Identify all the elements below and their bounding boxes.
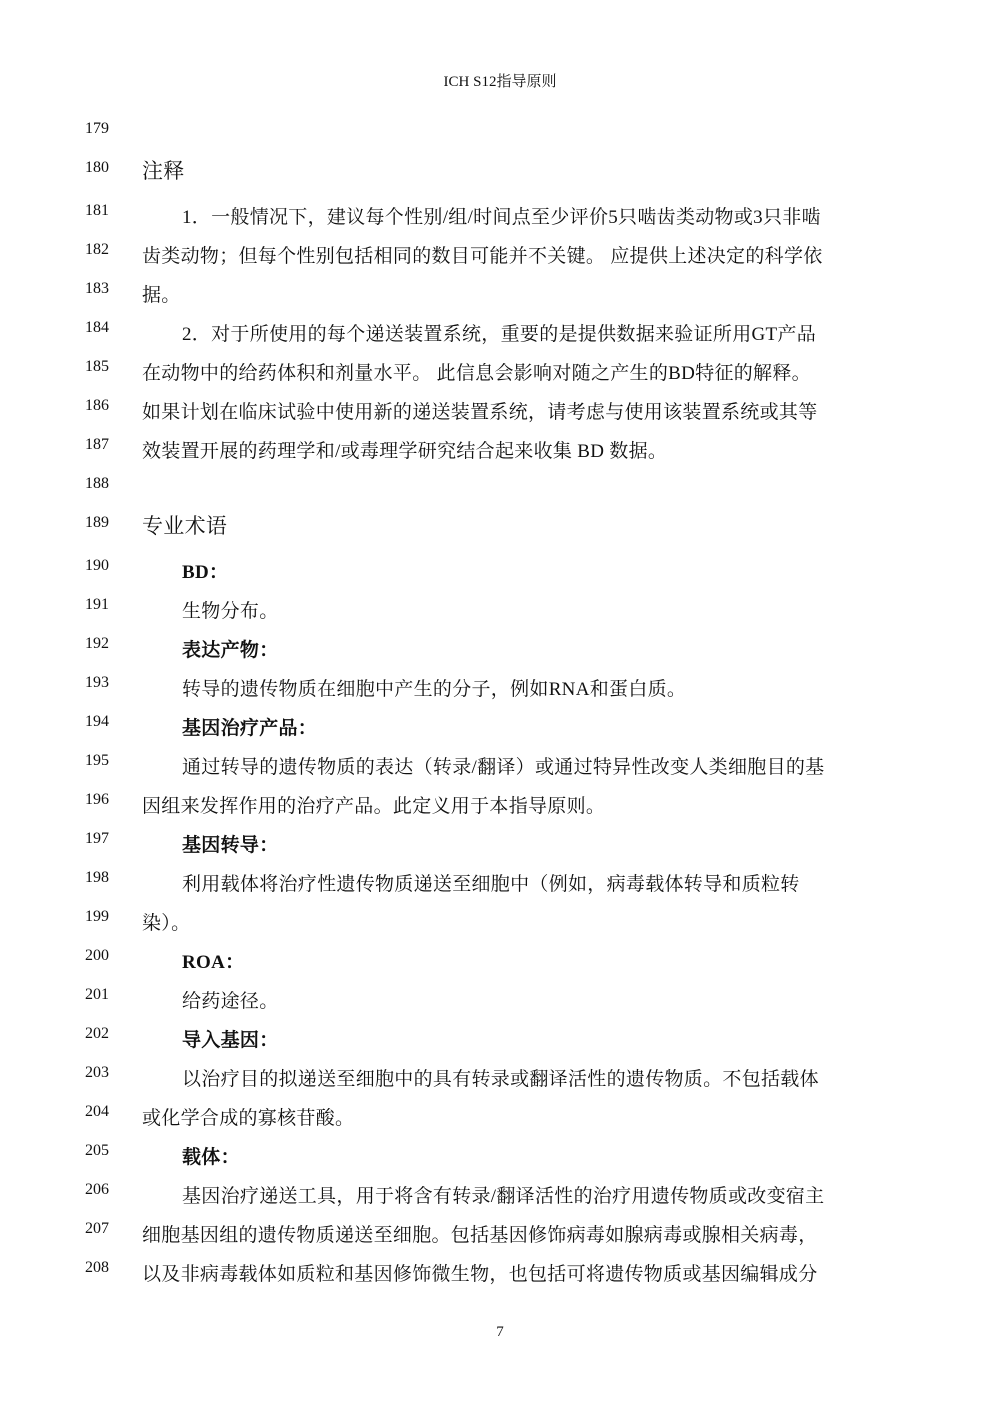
document-line: 190BD： bbox=[0, 557, 1000, 596]
line-number: 184 bbox=[85, 319, 125, 337]
line-number: 206 bbox=[85, 1181, 125, 1199]
line-number: 179 bbox=[85, 120, 125, 138]
document-line: 1842．对于所使用的每个递送装置系统，重要的是提供数据来验证所用GT产品 bbox=[0, 319, 1000, 358]
glossary-term: 导入基因： bbox=[182, 1025, 279, 1052]
line-number: 185 bbox=[85, 358, 125, 376]
line-text: 生物分布。 bbox=[182, 596, 279, 623]
glossary-term: 基因转导： bbox=[182, 830, 279, 857]
line-text: 如果计划在临床试验中使用新的递送装置系统，请考虑与使用该装置系统或其等 bbox=[142, 397, 818, 424]
line-text: 细胞基因组的遗传物质递送至细胞。包括基因修饰病毒如腺病毒或腺相关病毒， bbox=[142, 1220, 818, 1247]
line-number: 196 bbox=[85, 791, 125, 809]
line-text: 以治疗目的拟递送至细胞中的具有转录或翻译活性的遗传物质。不包括载体 bbox=[182, 1064, 819, 1091]
document-line: 185在动物中的给药体积和剂量水平。 此信息会影响对随之产生的BD特征的解释。 bbox=[0, 358, 1000, 397]
line-number: 180 bbox=[85, 159, 125, 177]
line-number: 202 bbox=[85, 1025, 125, 1043]
line-number: 187 bbox=[85, 436, 125, 454]
document-line: 206基因治疗递送工具，用于将含有转录/翻译活性的治疗用遗传物质或改变宿主 bbox=[0, 1181, 1000, 1220]
line-number: 186 bbox=[85, 397, 125, 415]
document-line: 191生物分布。 bbox=[0, 596, 1000, 635]
document-line: 200ROA： bbox=[0, 947, 1000, 986]
line-text: 给药途径。 bbox=[182, 986, 279, 1013]
document-line: 204或化学合成的寡核苷酸。 bbox=[0, 1103, 1000, 1142]
document-line: 187效装置开展的药理学和/或毒理学研究结合起来收集 BD 数据。 bbox=[0, 436, 1000, 475]
line-text: 通过转导的遗传物质的表达（转录/翻译）或通过特异性改变人类细胞目的基 bbox=[182, 752, 824, 779]
document-line: 192表达产物： bbox=[0, 635, 1000, 674]
line-number: 181 bbox=[85, 202, 125, 220]
line-number: 192 bbox=[85, 635, 125, 653]
line-number: 182 bbox=[85, 241, 125, 259]
document-line: 202导入基因： bbox=[0, 1025, 1000, 1064]
section-heading: 专业术语 bbox=[142, 510, 227, 540]
document-line: 189专业术语 bbox=[0, 514, 1000, 553]
glossary-term: BD： bbox=[182, 557, 228, 584]
line-number: 188 bbox=[85, 475, 125, 493]
line-number: 183 bbox=[85, 280, 125, 298]
line-number: 193 bbox=[85, 674, 125, 692]
document-line: 183据。 bbox=[0, 280, 1000, 319]
document-line: 198利用载体将治疗性遗传物质递送至细胞中（例如，病毒载体转导和质粒转 bbox=[0, 869, 1000, 908]
document-line: 203以治疗目的拟递送至细胞中的具有转录或翻译活性的遗传物质。不包括载体 bbox=[0, 1064, 1000, 1103]
line-number: 200 bbox=[85, 947, 125, 965]
document-line: 205载体： bbox=[0, 1142, 1000, 1181]
line-number: 189 bbox=[85, 514, 125, 532]
line-number: 194 bbox=[85, 713, 125, 731]
glossary-term: 表达产物： bbox=[182, 635, 279, 662]
line-text: 转导的遗传物质在细胞中产生的分子，例如RNA和蛋白质。 bbox=[182, 674, 686, 701]
line-number: 195 bbox=[85, 752, 125, 770]
line-text: 以及非病毒载体如质粒和基因修饰微生物，也包括可将遗传物质或基因编辑成分 bbox=[142, 1259, 818, 1286]
document-line: 197基因转导： bbox=[0, 830, 1000, 869]
glossary-term: 载体： bbox=[182, 1142, 240, 1169]
line-number: 190 bbox=[85, 557, 125, 575]
document-line: 201给药途径。 bbox=[0, 986, 1000, 1025]
line-text: 2．对于所使用的每个递送装置系统，重要的是提供数据来验证所用GT产品 bbox=[182, 319, 816, 346]
line-number: 191 bbox=[85, 596, 125, 614]
glossary-term: ROA： bbox=[182, 947, 244, 974]
document-line: 199染）。 bbox=[0, 908, 1000, 947]
document-line: 188 bbox=[0, 475, 1000, 514]
line-number: 208 bbox=[85, 1259, 125, 1277]
document-line: 180注释 bbox=[0, 159, 1000, 198]
line-text: 效装置开展的药理学和/或毒理学研究结合起来收集 BD 数据。 bbox=[142, 436, 667, 463]
line-number: 198 bbox=[85, 869, 125, 887]
page-number: 7 bbox=[0, 1324, 1000, 1341]
line-number: 197 bbox=[85, 830, 125, 848]
document-line: 186如果计划在临床试验中使用新的递送装置系统，请考虑与使用该装置系统或其等 bbox=[0, 397, 1000, 436]
line-number: 205 bbox=[85, 1142, 125, 1160]
glossary-term: 基因治疗产品： bbox=[182, 713, 317, 740]
line-text: 染）。 bbox=[142, 908, 190, 935]
document-line: 196因组来发挥作用的治疗产品。此定义用于本指导原则。 bbox=[0, 791, 1000, 830]
running-header: ICH S12指导原则 bbox=[0, 70, 1000, 91]
line-text: 齿类动物；但每个性别包括相同的数目可能并不关键。 应提供上述决定的科学依 bbox=[142, 241, 823, 268]
document-line: 195通过转导的遗传物质的表达（转录/翻译）或通过特异性改变人类细胞目的基 bbox=[0, 752, 1000, 791]
document-line: 179 bbox=[0, 120, 1000, 159]
section-heading: 注释 bbox=[142, 155, 185, 185]
document-line: 208以及非病毒载体如质粒和基因修饰微生物，也包括可将遗传物质或基因编辑成分 bbox=[0, 1259, 1000, 1298]
document-line: 182齿类动物；但每个性别包括相同的数目可能并不关键。 应提供上述决定的科学依 bbox=[0, 241, 1000, 280]
line-text: 因组来发挥作用的治疗产品。此定义用于本指导原则。 bbox=[142, 791, 605, 818]
document-line: 1811．一般情况下，建议每个性别/组/时间点至少评价5只啮齿类动物或3只非啮 bbox=[0, 202, 1000, 241]
line-number: 207 bbox=[85, 1220, 125, 1238]
line-number: 204 bbox=[85, 1103, 125, 1121]
line-text: 据。 bbox=[142, 280, 181, 307]
line-text: 在动物中的给药体积和剂量水平。 此信息会影响对随之产生的BD特征的解释。 bbox=[142, 358, 811, 385]
line-text: 或化学合成的寡核苷酸。 bbox=[142, 1103, 354, 1130]
document-line: 194基因治疗产品： bbox=[0, 713, 1000, 752]
line-number: 203 bbox=[85, 1064, 125, 1082]
document-line: 193转导的遗传物质在细胞中产生的分子，例如RNA和蛋白质。 bbox=[0, 674, 1000, 713]
line-number: 201 bbox=[85, 986, 125, 1004]
document-line: 207细胞基因组的遗传物质递送至细胞。包括基因修饰病毒如腺病毒或腺相关病毒， bbox=[0, 1220, 1000, 1259]
line-number: 199 bbox=[85, 908, 125, 926]
line-text: 利用载体将治疗性遗传物质递送至细胞中（例如，病毒载体转导和质粒转 bbox=[182, 869, 800, 896]
line-text: 1．一般情况下，建议每个性别/组/时间点至少评价5只啮齿类动物或3只非啮 bbox=[182, 202, 821, 229]
line-text: 基因治疗递送工具，用于将含有转录/翻译活性的治疗用遗传物质或改变宿主 bbox=[182, 1181, 824, 1208]
